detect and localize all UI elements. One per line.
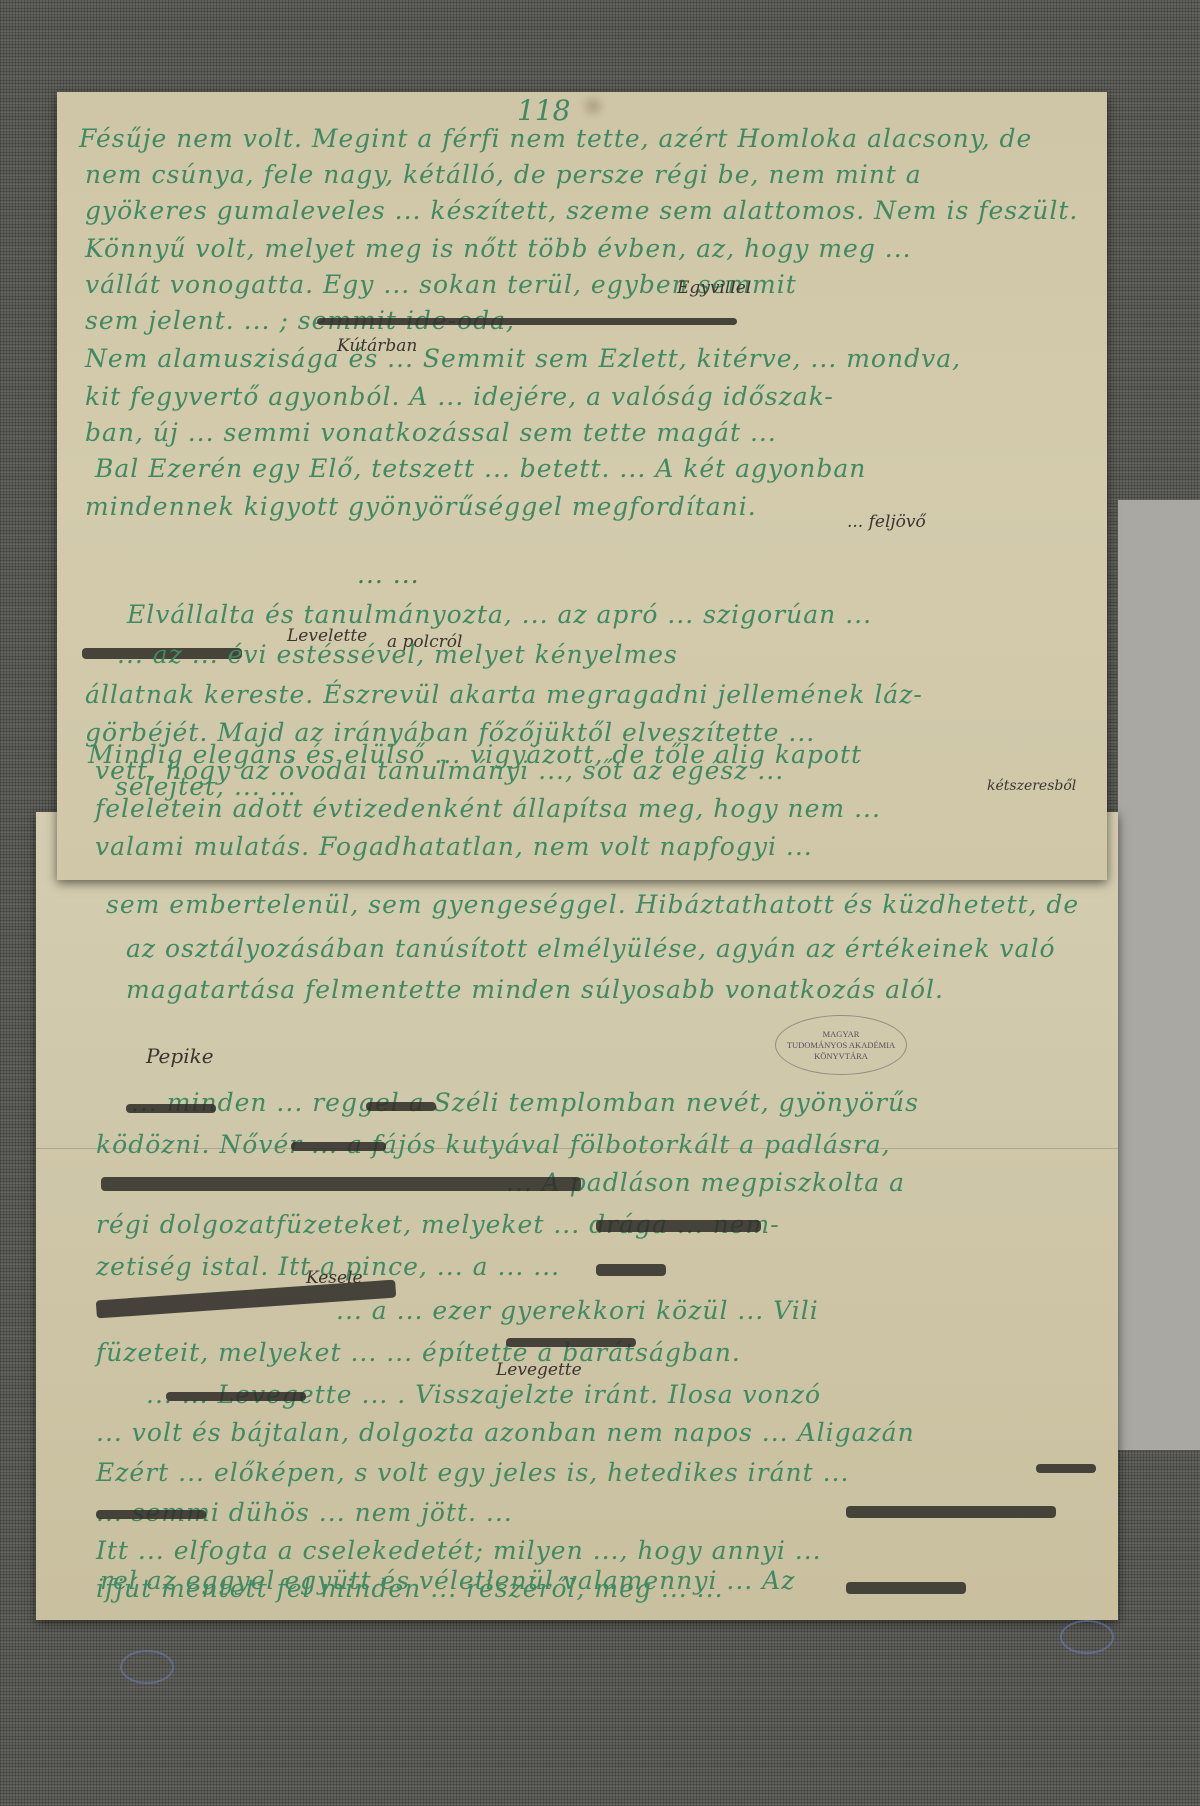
manuscript-line: Könnyű volt, melyet meg is nőtt több évb…: [85, 234, 912, 263]
library-stamp: MAGYAR TUDOMÁNYOS AKADÉMIA KÖNYVTÁRA: [775, 1015, 907, 1075]
manuscript-line: ... a ... ezer gyerekkori közül ... Vili: [336, 1296, 819, 1325]
page-number: 118: [517, 94, 570, 127]
pencil-annotation: Levegette: [496, 1360, 582, 1380]
manuscript-line: ... az ... évi estéssével, melyet kényel…: [117, 640, 678, 669]
backdrop-mark: [120, 1650, 174, 1684]
pencil-strikeout: [96, 1510, 206, 1519]
pencil-strikeout: [291, 1142, 386, 1151]
pencil-strikeout: [101, 1177, 581, 1191]
manuscript-line: Fésűje nem volt. Megint a férfi nem tett…: [79, 124, 1032, 153]
manuscript-line: füzeteit, melyeket ... ... építette a ba…: [96, 1338, 741, 1367]
pencil-strikeout: [596, 1264, 666, 1276]
manuscript-line: Elvállalta és tanulmányozta, ... az apró…: [127, 600, 872, 629]
backing-card: [1118, 500, 1200, 1450]
pencil-annotation: ... feljövő: [847, 512, 926, 532]
struck-heading: ... ...: [357, 560, 420, 589]
manuscript-line: gyökeres gumaleveles ... készített, szem…: [85, 196, 1078, 225]
pencil-strikeout: [366, 1102, 436, 1111]
pencil-annotation-pepike: Pepike: [146, 1044, 214, 1068]
stamp-line-1: MAGYAR: [823, 1029, 860, 1040]
ink-stain: [585, 98, 601, 114]
pencil-strikeout: [126, 1104, 216, 1113]
pencil-strikeout: [596, 1220, 761, 1232]
pencil-strikeout: [317, 318, 737, 325]
manuscript-line: Itt ... elfogta a cselekedetét; milyen .…: [96, 1536, 822, 1565]
stamp-line-2: TUDOMÁNYOS AKADÉMIA: [787, 1040, 895, 1051]
manuscript-line: az osztályozásában tanúsított elmélyülés…: [126, 934, 1056, 963]
manuscript-line: selejtet, ... ...: [115, 772, 297, 801]
manuscript-line: nem csúnya, fele nagy, kétálló, de persz…: [85, 160, 922, 189]
manuscript-line: kit fegyvertő agyonból. A ... idejére, a…: [85, 382, 834, 411]
manuscript-line: rel az eggyel együtt és véletlenül valam…: [100, 1566, 795, 1595]
manuscript-line: állatnak kereste. Észrevül akarta megrag…: [85, 680, 923, 709]
backdrop-mark: [1060, 1620, 1114, 1654]
lower-manuscript-sheet: sem embertelenül, sem gyengeséggel. Hibá…: [36, 812, 1118, 1620]
pencil-strikeout: [846, 1582, 966, 1594]
manuscript-line: ködözni. Nővér ... a fájós kutyával fölb…: [96, 1130, 891, 1159]
pencil-strikeout: [166, 1392, 306, 1401]
pencil-annotation: kétszeresből: [987, 778, 1076, 794]
manuscript-line: Mindig elegáns és elülső ... vigyázott, …: [88, 740, 862, 769]
manuscript-line: valami mulatás. Fogadhatatlan, nem volt …: [95, 832, 813, 861]
pencil-annotation: Egyvillel: [677, 278, 751, 298]
manuscript-line: Ezért ... előképen, s volt egy jeles is,…: [96, 1458, 849, 1487]
manuscript-line: mindennek kigyott gyönyörűséggel megford…: [85, 492, 757, 521]
manuscript-line: magatartása felmentette minden súlyosabb…: [126, 975, 944, 1004]
manuscript-line: sem embertelenül, sem gyengeséggel. Hibá…: [106, 890, 1079, 919]
pencil-strikeout: [506, 1338, 636, 1347]
pencil-strikeout: [846, 1506, 1056, 1518]
manuscript-line: ban, új ... semmi vonatkozással sem tett…: [85, 418, 777, 447]
stamp-line-3: KÖNYVTÁRA: [814, 1051, 868, 1062]
pencil-strikeout: [1036, 1464, 1096, 1473]
manuscript-line: ... volt és bájtalan, dolgozta azonban n…: [96, 1418, 915, 1447]
manuscript-line: Bal Ezerén egy Elő, tetszett ... betett.…: [95, 454, 866, 483]
manuscript-line: Nem alamuszisága és ... Semmit sem Ezlet…: [85, 344, 961, 373]
manuscript-line: ... minden ... reggel a Széli templomban…: [131, 1088, 919, 1117]
